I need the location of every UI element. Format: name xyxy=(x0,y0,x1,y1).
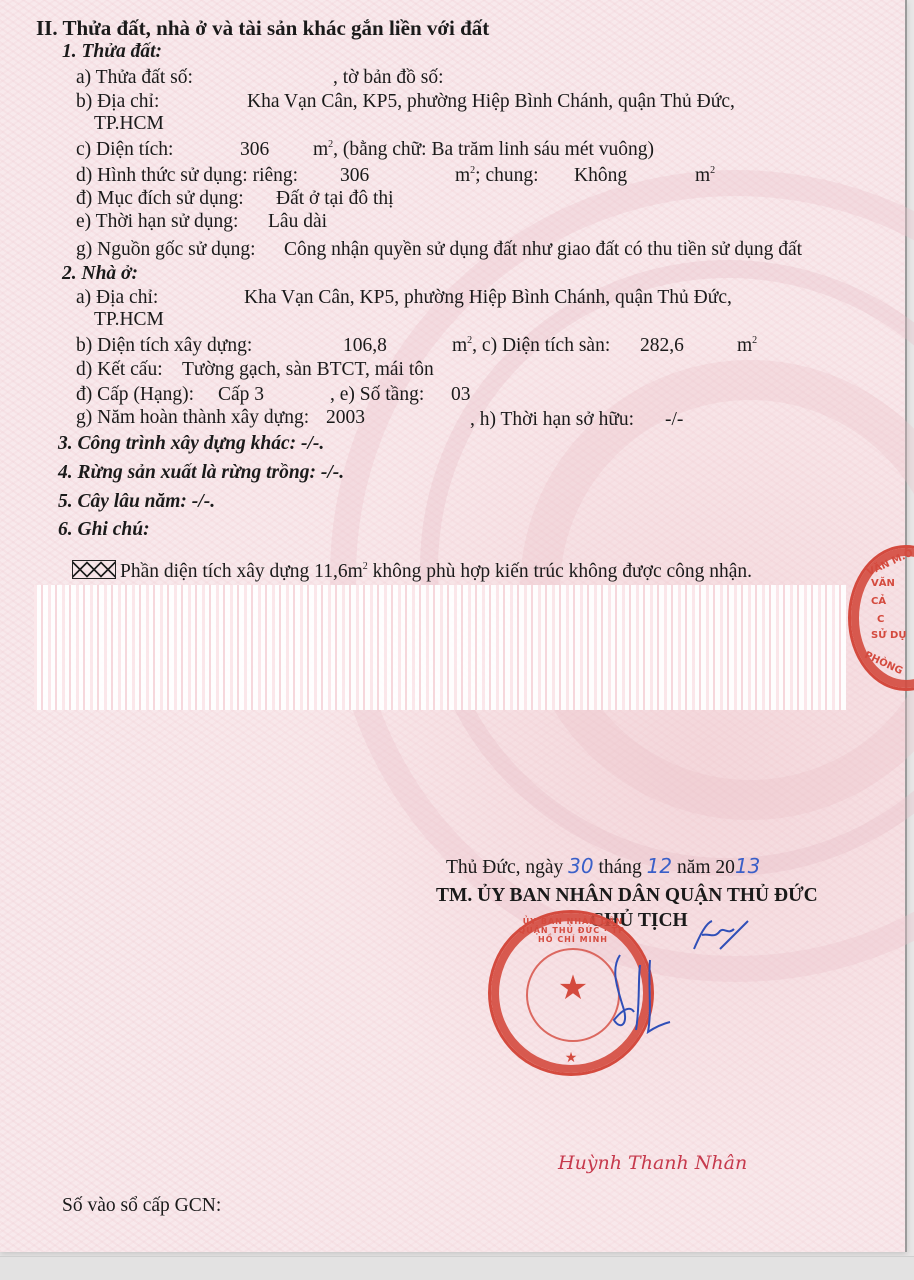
structure-label: d) Kết cấu: xyxy=(76,360,163,380)
land-area-unit: m2, (bằng chữ: Ba trăm linh sáu mét vuôn… xyxy=(313,140,654,160)
floor-area: m2, c) Diện tích sàn: xyxy=(452,336,610,356)
seal-text: ỦY BAN NHÂN DÂN QUẬN THỦ ĐỨC · TP. HỒ CH… xyxy=(513,917,633,944)
star-icon: ★ xyxy=(491,1050,651,1067)
grade-value: Cấp 3 xyxy=(218,385,264,405)
bottom-edge xyxy=(0,1256,914,1280)
parcel-number-label: a) Thửa đất số: xyxy=(76,68,193,88)
note-line: Phần diện tích xây dựng 11,6m2 không phù… xyxy=(72,560,752,582)
purpose-label: đ) Mục đích sử dụng: xyxy=(76,189,244,209)
redacted-region xyxy=(34,585,846,710)
registry-number-label: Số vào sổ cấp GCN: xyxy=(62,1196,221,1216)
house-address-value: Kha Vạn Cân, KP5, phường Hiệp Bình Chánh… xyxy=(244,288,732,308)
house-heading: 2. Nhà ở: xyxy=(62,264,138,284)
land-area-value: 306 xyxy=(240,140,269,160)
map-sheet-label: , tờ bản đồ số: xyxy=(333,68,444,88)
day-handwritten: 30 xyxy=(568,854,593,878)
usage-private-value: 306 xyxy=(340,166,369,186)
section-title: II. Thửa đất, nhà ở và tài sản khác gắn … xyxy=(36,18,489,39)
usage-common-value: Không xyxy=(574,166,627,186)
build-area-value: 106,8 xyxy=(343,336,387,356)
ownership-value: -/- xyxy=(665,410,683,430)
hatched-legend-icon xyxy=(72,560,116,579)
origin-label: g) Nguồn gốc sử dụng: xyxy=(76,240,256,260)
land-area-label: c) Diện tích: xyxy=(76,140,173,160)
land-address-city: TP.HCM xyxy=(94,114,164,134)
year-handwritten: 13 xyxy=(735,854,760,878)
purpose-value: Đất ở tại đô thị xyxy=(276,189,394,209)
year-label: g) Năm hoàn thành xây dựng: xyxy=(76,408,309,428)
land-address-value: Kha Vạn Cân, KP5, phường Hiệp Bình Chánh… xyxy=(247,92,735,112)
place-date: Thủ Đức, ngày 30 tháng 12 năm 2013 xyxy=(446,856,760,878)
other-construction: 3. Công trình xây dựng khác: -/-. xyxy=(58,434,324,454)
house-address-city: TP.HCM xyxy=(94,310,164,330)
floors-label: , e) Số tầng: xyxy=(330,385,424,405)
usage-common: m2; chung: xyxy=(455,166,539,186)
house-address-label: a) Địa chỉ: xyxy=(76,288,158,308)
land-heading: 1. Thửa đất: xyxy=(62,42,162,62)
side-stamp: VĂN M.Ô.I VĂN CẢ C SỬ DỤ PHÒNG xyxy=(848,545,914,691)
handwritten-signature xyxy=(590,950,680,1040)
ownership-label: , h) Thời hạn sở hữu: xyxy=(470,410,634,430)
perennial-trees: 5. Cây lâu năm: -/-. xyxy=(58,492,215,512)
floors-value: 03 xyxy=(451,385,471,405)
origin-value: Công nhận quyền sử dụng đất như giao đất… xyxy=(284,240,802,260)
usage-form-label: d) Hình thức sử dụng: riêng: xyxy=(76,166,298,186)
authority-title: TM. ỦY BAN NHÂN DÂN QUẬN THỦ ĐỨC xyxy=(436,886,818,906)
land-address-label: b) Địa chỉ: xyxy=(76,92,159,112)
floor-area-value: 282,6 xyxy=(640,336,684,356)
forest: 4. Rừng sản xuất là rừng trồng: -/-. xyxy=(58,463,344,483)
build-area-label: b) Diện tích xây dựng: xyxy=(76,336,252,356)
month-handwritten: 12 xyxy=(647,854,672,878)
term-value: Lâu dài xyxy=(268,212,327,232)
structure-value: Tường gạch, sàn BTCT, mái tôn xyxy=(182,360,434,380)
year-value: 2003 xyxy=(326,408,365,428)
notes-heading: 6. Ghi chú: xyxy=(58,520,150,540)
grade-label: đ) Cấp (Hạng): xyxy=(76,385,194,405)
floor-area-unit: m2 xyxy=(737,336,757,356)
term-label: e) Thời hạn sử dụng: xyxy=(76,212,238,232)
initials-mark xyxy=(690,915,750,955)
signer-name: Huỳnh Thanh Nhân xyxy=(558,1152,747,1174)
certificate-page: II. Thửa đất, nhà ở và tài sản khác gắn … xyxy=(0,0,907,1252)
usage-common-unit: m2 xyxy=(695,166,715,186)
